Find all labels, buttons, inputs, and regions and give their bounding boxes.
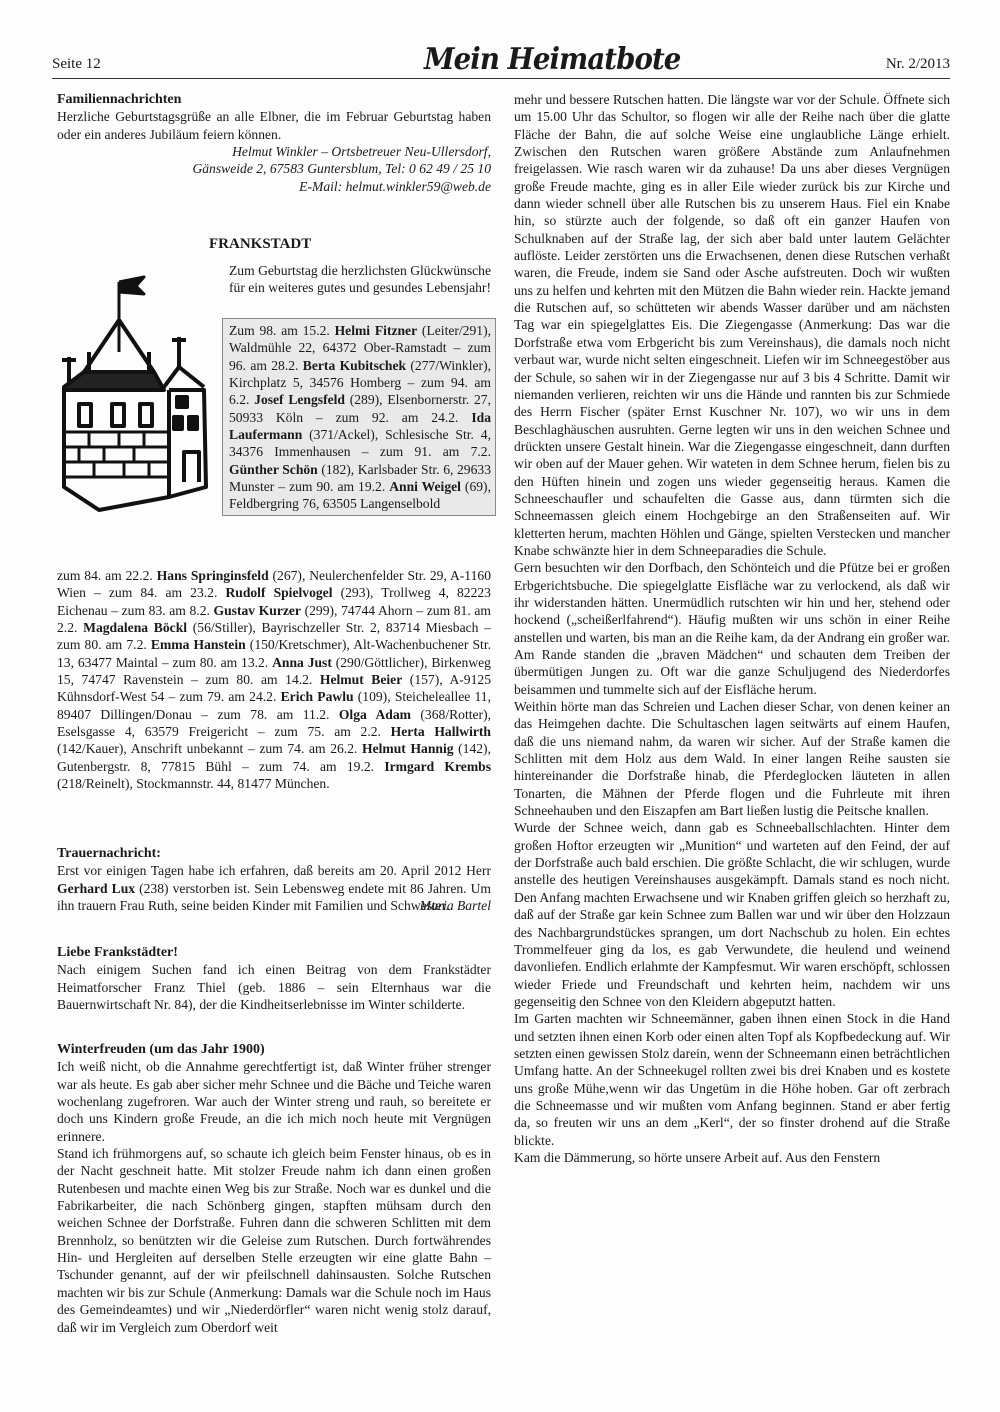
- article-paragraph: Im Garten machten wir Schneemänner, gabe…: [514, 1010, 950, 1149]
- liebe-text: Nach einigem Suchen fand ich einen Beitr…: [57, 961, 491, 1013]
- frankstadt-intro: Zum Geburtstag die herzlichsten Glückwün…: [229, 262, 491, 297]
- page-header: Seite 12 Mein Heimatbote Nr. 2/2013: [52, 48, 950, 79]
- liebe-section: Liebe Frankstädter! Nach einigem Suchen …: [57, 944, 491, 1013]
- winterfreuden-continued: mehr und bessere Rutschen hatten. Die lä…: [514, 91, 950, 1166]
- signature-email: E-Mail: helmut.winkler59@web.de: [57, 178, 491, 195]
- section-title: Winterfreuden (um das Jahr 1900): [57, 1041, 491, 1058]
- castle-illustration-icon: [44, 272, 224, 512]
- trauer-section: Trauernachricht: Erst vor einigen Tagen …: [57, 845, 491, 915]
- page-number: Seite 12: [52, 56, 101, 73]
- birthday-entry: Zum 98. am 15.2. Helmi Fitzner (Leiter/2…: [229, 323, 491, 355]
- familiennachrichten-section: Familiennachrichten Herzliche Geburtstag…: [57, 91, 491, 195]
- article-paragraph: Wurde der Schnee weich, dann gab es Schn…: [514, 819, 950, 1010]
- signature-line: Helmut Winkler – Ortsbetreuer Neu-Ullers…: [57, 143, 491, 160]
- article-paragraph: Weithin hörte man das Schreien und Lache…: [514, 698, 950, 819]
- article-paragraph: mehr und bessere Rutschen hatten. Die lä…: [514, 91, 950, 559]
- section-title: Trauernachricht:: [57, 845, 491, 862]
- issue-number: Nr. 2/2013: [886, 56, 950, 73]
- birthday-entry: zum 83. am 8.2. Gustav Kurzer (299), 747…: [122, 603, 427, 618]
- signature-address: Gänsweide 2, 67583 Guntersblum, Tel: 0 6…: [57, 160, 491, 177]
- section-title: Familiennachrichten: [57, 91, 491, 108]
- section-title: Liebe Frankstädter!: [57, 944, 491, 961]
- birthday-list-continued: zum 84. am 22.2. Hans Springinsfeld (267…: [57, 567, 491, 792]
- winterfreuden-section: Winterfreuden (um das Jahr 1900) Ich wei…: [57, 1041, 491, 1336]
- masthead-logo: Mein Heimatbote: [424, 42, 680, 77]
- article-paragraph: Kam die Dämmerung, so hörte unsere Arbei…: [514, 1149, 950, 1166]
- article-paragraph: Stand ich frühmorgens auf, so schaute ic…: [57, 1145, 491, 1336]
- article-paragraph: Ich weiß nicht, ob die Annahme gerechtfe…: [57, 1058, 491, 1145]
- greeting-text: Herzliche Geburtstagsgrüße an alle Elbne…: [57, 108, 491, 143]
- frankstadt-title: FRANKSTADT: [209, 236, 311, 253]
- birthday-box: Zum 98. am 15.2. Helmi Fitzner (Leiter/2…: [222, 318, 496, 516]
- article-paragraph: Gern besuchten wir den Dorfbach, den Sch…: [514, 559, 950, 698]
